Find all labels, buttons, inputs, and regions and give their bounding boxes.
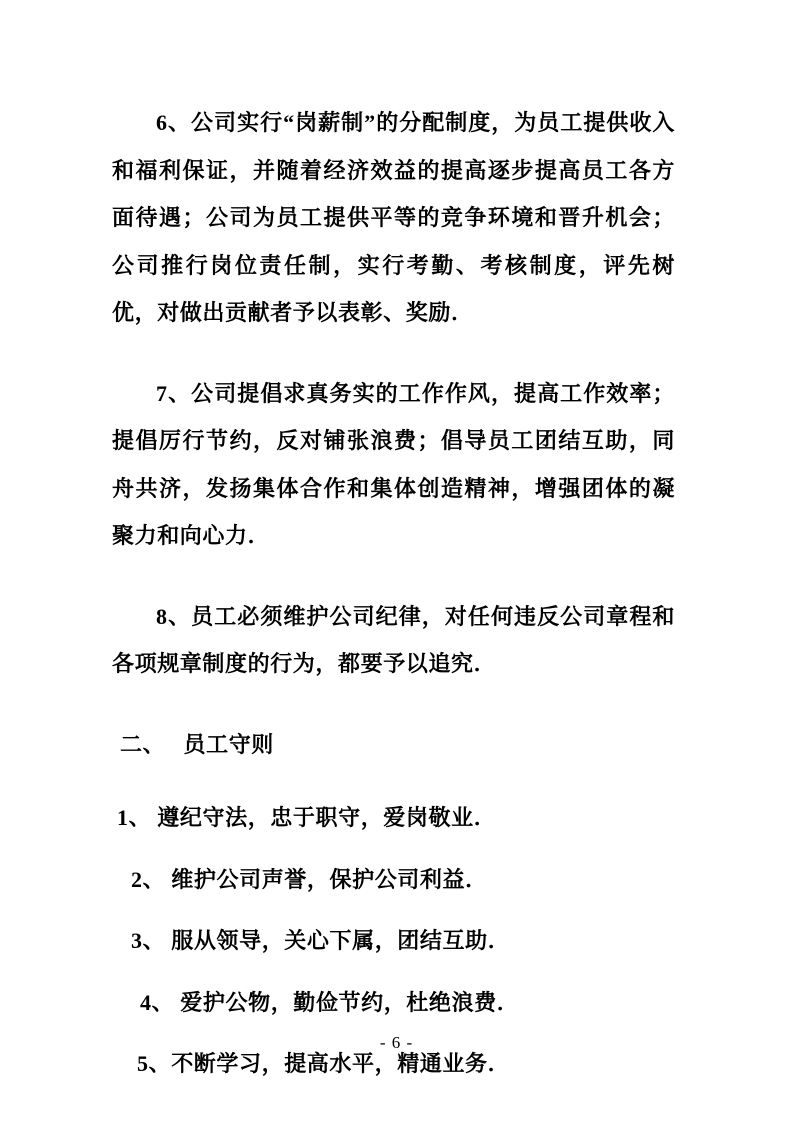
rule-item-1: 1、 遵纪守法，忠于职守，爱岗敬业． [112, 794, 675, 842]
page-number: - 6 - [0, 1033, 793, 1053]
section-heading: 二、 员工守则 [112, 721, 675, 769]
paragraph-item-6: 6、公司实行“岗薪制”的分配制度，为员工提供收入和福利保证，并随着经济效益的提高… [112, 99, 675, 337]
document-content: 6、公司实行“岗薪制”的分配制度，为员工提供收入和福利保证，并随着经济效益的提高… [112, 99, 675, 1088]
document-page: 6、公司实行“岗薪制”的分配制度，为员工提供收入和福利保证，并随着经济效益的提高… [0, 0, 793, 1122]
paragraph-item-8: 8、员工必须维护公司纪律，对任何违反公司章程和各项规章制度的行为，都要予以追究． [112, 593, 675, 688]
rule-item-3: 3、 服从领导，关心下属，团结互助． [112, 917, 675, 965]
rule-item-4: 4、 爱护公物，勤俭节约，杜绝浪费． [112, 979, 675, 1027]
rule-item-2: 2、 维护公司声誉，保护公司利益． [112, 856, 675, 904]
paragraph-item-7: 7、公司提倡求真务实的工作作风，提高工作效率；提倡厉行节约，反对铺张浪费；倡导员… [112, 370, 675, 560]
